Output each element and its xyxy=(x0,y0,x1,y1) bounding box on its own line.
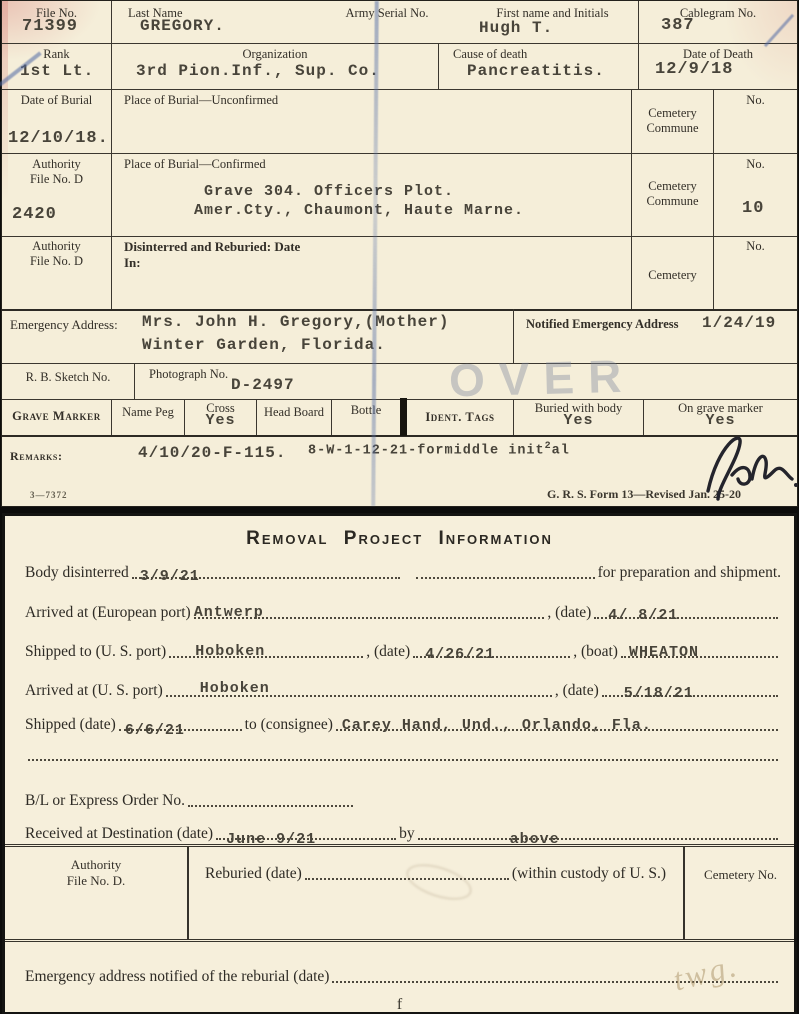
heavy-divider-bar xyxy=(400,398,407,436)
cemetery-no-2-value: 10 xyxy=(742,199,764,218)
place-unconfirmed-label: Place of Burial—Unconfirmed xyxy=(124,93,278,108)
marker-name-peg: Name Peg xyxy=(112,399,185,435)
leader-full xyxy=(28,754,778,761)
cross-value: Yes xyxy=(185,412,256,429)
emergency-address-line1: Mrs. John H. Gregory,(Mother) xyxy=(142,313,449,331)
place-confirmed-line1: Grave 304. Officers Plot. xyxy=(204,183,454,200)
field-last-name: Last Name GREGORY. Army Serial No. xyxy=(112,1,467,43)
rb-sketch-label: R. B. Sketch No. xyxy=(2,370,134,385)
notified-emergency-value: 1/24/19 xyxy=(702,314,776,332)
bottle-label: Bottle xyxy=(332,403,400,418)
body-disinterred-label: Body disinterred xyxy=(25,564,129,583)
field-cemetery-commune-2: Cemetery Commune xyxy=(632,153,714,236)
reburial-table: Authority File No. D. Reburied (date) (w… xyxy=(5,844,794,942)
line-received: Received at Destination (date) June 9/21… xyxy=(25,825,781,844)
arrived-us-date-leader: 5/18/21 xyxy=(602,690,778,697)
bl-order-leader xyxy=(188,800,353,807)
cemetery-3-label: Cemetery xyxy=(632,268,713,283)
photograph-label: Photograph No. xyxy=(149,367,228,382)
field-place-unconfirmed: Place of Burial—Unconfirmed xyxy=(112,89,632,153)
arrived-us-date-label: , (date) xyxy=(555,682,599,701)
shipped-final-date: 6/6/21 xyxy=(125,722,185,739)
arrived-eu-date-leader: 4/ 8/21 xyxy=(594,612,778,619)
last-name-value: GREGORY. xyxy=(140,17,225,35)
cemetery-no-2-label: No. xyxy=(714,157,797,172)
line-bl-order: B/L or Express Order No. xyxy=(25,792,781,811)
removal-project-form: Removal Project Information Body disinte… xyxy=(2,513,797,1014)
authority-1-value: 2420 xyxy=(12,205,57,224)
over-stamp: OVER xyxy=(448,349,636,408)
row-disinterred: Authority File No. D Disinterred and Reb… xyxy=(2,236,797,311)
grave-marker-title: Grave Marker xyxy=(2,409,111,424)
file-no-value: 71399 xyxy=(22,17,78,36)
arrived-us-label: Arrived at (U. S. port) xyxy=(25,682,163,701)
line-shipped-final: Shipped (date) 6/6/21 to (consignee) Car… xyxy=(25,716,781,735)
field-file-no: File No. 71399 xyxy=(2,1,112,43)
body-disinterred-suffix: for preparation and shipment. xyxy=(598,564,781,583)
signature-scrawl xyxy=(688,427,799,505)
cemetery-no-1-label: No. xyxy=(714,93,797,108)
marker-cross: Cross Yes xyxy=(185,399,257,435)
received-by-leader: above xyxy=(418,833,778,840)
shipped-final-consignee-label: to (consignee) xyxy=(245,716,333,735)
row-burial-confirmed: Authority File No. D 2420 Place of Buria… xyxy=(2,153,797,237)
shipped-us-date: 4/26/21 xyxy=(425,646,495,663)
arrived-us-port: Hoboken xyxy=(200,680,270,697)
photograph-value: D-2497 xyxy=(231,376,295,394)
remarks-value-1: 4/10/20-F-115. xyxy=(138,444,286,462)
bl-order-label: B/L or Express Order No. xyxy=(25,792,185,811)
field-place-confirmed: Place of Burial—Confirmed Grave 304. Off… xyxy=(112,153,632,236)
line-arrived-us: Arrived at (U. S. port) Hoboken , (date)… xyxy=(25,682,781,701)
marker-title-cell: Grave Marker xyxy=(2,399,112,435)
shipped-us-port: Hoboken xyxy=(195,643,265,660)
ident-tags-label: Ident. Tags xyxy=(407,410,513,425)
emergency-notified-label: Emergency address notified of the reburi… xyxy=(25,968,329,987)
reburied-label: Reburied (date) xyxy=(205,865,302,884)
shipped-us-port-leader: Hoboken xyxy=(169,651,363,658)
line-arrived-eu: Arrived at (European port) Antwerp , (da… xyxy=(25,604,781,623)
field-organization: Organization 3rd Pion.Inf., Sup. Co. xyxy=(112,43,439,89)
received-by-label: by xyxy=(399,825,415,844)
line-emergency-notified: Emergency address notified of the reburi… xyxy=(25,968,781,987)
date-of-burial-label: Date of Burial xyxy=(2,93,111,108)
emergency-address-line2: Winter Garden, Florida. xyxy=(142,336,386,354)
form-number-left: 3—7372 xyxy=(30,490,68,500)
field-emergency-address: Emergency Address: Mrs. John H. Gregory,… xyxy=(2,309,514,363)
authority-file-label: Authority File No. D. xyxy=(5,857,187,888)
field-first-name: First name and Initials Hugh T. xyxy=(467,1,639,43)
date-of-burial-value: 12/10/18. xyxy=(8,129,109,148)
remarks-value-2: 8-W-1-12-21-formiddle init2al xyxy=(308,441,570,459)
shipped-final-date-leader: 6/6/21 xyxy=(119,724,242,731)
bottom-mark: f xyxy=(5,996,794,1014)
shipped-us-boat: WHEATON xyxy=(629,644,699,661)
body-disinterred-leader: 3/9/21 xyxy=(132,572,400,579)
place-confirmed-label: Place of Burial—Confirmed xyxy=(124,157,266,172)
arrived-eu-label: Arrived at (European port) xyxy=(25,604,191,623)
row-photograph: R. B. Sketch No. Photograph No. D-2497 xyxy=(2,363,797,400)
arrived-eu-port-leader: Antwerp xyxy=(194,612,545,619)
shipped-us-boat-leader: WHEATON xyxy=(621,651,778,658)
authority-1-label: Authority File No. D xyxy=(2,157,111,187)
rank-value: 1st Lt. xyxy=(20,62,94,80)
leader xyxy=(416,572,595,579)
row-rank-org: Rank 1st Lt. Organization 3rd Pion.Inf.,… xyxy=(2,43,797,90)
row-grave-marker: Grave Marker Name Peg Cross Yes Head Boa… xyxy=(2,399,797,437)
body-disinterred-value: 3/9/21 xyxy=(140,568,200,585)
table-divider-right xyxy=(683,847,685,939)
arrived-eu-port: Antwerp xyxy=(194,604,264,621)
row-emergency-address: Emergency Address: Mrs. John H. Gregory,… xyxy=(2,309,797,364)
marker-head-board: Head Board xyxy=(257,399,332,435)
arrived-us-date: 5/18/21 xyxy=(624,685,694,702)
buried-with-body-value: Yes xyxy=(514,412,643,429)
date-of-death-value: 12/9/18 xyxy=(655,60,733,79)
rank-label: Rank xyxy=(2,47,111,62)
cause-of-death-label: Cause of death xyxy=(453,47,527,62)
received-date-leader: June 9/21 xyxy=(216,833,396,840)
cemetery-commune-1-label: Cemetery Commune xyxy=(632,106,713,136)
cablegram-value: 387 xyxy=(661,16,695,35)
place-confirmed-line2: Amer.Cty., Chaumont, Haute Marne. xyxy=(194,202,524,219)
field-date-of-death: Date of Death 12/9/18 xyxy=(639,43,797,89)
shipped-us-date-label: , (date) xyxy=(366,643,410,662)
marker-bottle: Bottle xyxy=(332,399,400,435)
form2-title: Removal Project Information xyxy=(5,528,794,550)
field-rb-sketch: R. B. Sketch No. xyxy=(2,363,135,399)
shipped-us-boat-label: , (boat) xyxy=(573,643,618,662)
field-authority-2: Authority File No. D xyxy=(2,236,112,309)
field-date-of-burial: Date of Burial 12/10/18. xyxy=(2,89,112,153)
cemetery-no-label: Cemetery No. xyxy=(689,867,792,883)
head-board-label: Head Board xyxy=(257,405,331,420)
shipped-us-label: Shipped to (U. S. port) xyxy=(25,643,166,662)
emergency-address-label: Emergency Address: xyxy=(10,317,118,333)
field-cemetery-commune-1: Cemetery Commune xyxy=(632,89,714,153)
pencil-annotation: twg. xyxy=(670,947,743,999)
custody-label: (within custody of U. S.) xyxy=(512,865,666,884)
authority-2-label: Authority File No. D xyxy=(2,239,111,269)
notified-emergency-label: Notified Emergency Address xyxy=(526,317,679,332)
shipped-final-consignee: Carey Hand, Und., Orlando, Fla. xyxy=(342,717,652,734)
received-label: Received at Destination (date) xyxy=(25,825,213,844)
field-authority-1: Authority File No. D 2420 xyxy=(2,153,112,236)
field-cemetery-3: Cemetery xyxy=(632,236,714,309)
shipped-us-date-leader: 4/26/21 xyxy=(413,651,570,658)
first-name-value: Hugh T. xyxy=(479,19,553,37)
cemetery-commune-2-label: Cemetery Commune xyxy=(632,179,713,209)
row-burial-unconfirmed: Date of Burial 12/10/18. Place of Burial… xyxy=(2,89,797,154)
remarks-superscript: 2 xyxy=(545,441,552,452)
table-divider-left xyxy=(187,847,189,939)
organization-value: 3rd Pion.Inf., Sup. Co. xyxy=(136,62,380,80)
line-continuation xyxy=(25,754,781,765)
field-cemetery-no-1: No. xyxy=(714,89,797,153)
arrived-eu-date: 4/ 8/21 xyxy=(608,607,678,624)
arrived-eu-date-label: , (date) xyxy=(547,604,591,623)
arrived-us-port-leader: Hoboken xyxy=(166,690,552,697)
line-shipped-us: Shipped to (U. S. port) Hoboken , (date)… xyxy=(25,643,781,662)
name-peg-label: Name Peg xyxy=(112,405,184,420)
line-body-disinterred: Body disinterred 3/9/21 for preparation … xyxy=(25,564,781,583)
field-cemetery-no-3: No. xyxy=(714,236,797,309)
disinterred-label: Disinterred and Reburied: Date In: xyxy=(124,239,300,270)
shipped-final-label: Shipped (date) xyxy=(25,716,116,735)
army-serial-label: Army Serial No. xyxy=(302,6,472,21)
shipped-final-consignee-leader: Carey Hand, Und., Orlando, Fla. xyxy=(336,724,778,731)
organization-label: Organization xyxy=(112,47,438,62)
field-cause-of-death: Cause of death Pancreatitis. xyxy=(439,43,639,89)
field-cemetery-no-2: No. 10 xyxy=(714,153,797,236)
remarks-label: Remarks: xyxy=(10,449,63,463)
cemetery-no-3-label: No. xyxy=(714,239,797,254)
row-identity: File No. 71399 Last Name GREGORY. Army S… xyxy=(2,1,797,44)
row-remarks: Remarks: 4/10/20-F-115. 8-W-1-12-21-form… xyxy=(2,435,797,485)
grs-form-13: File No. 71399 Last Name GREGORY. Army S… xyxy=(1,0,798,507)
cause-of-death-value: Pancreatitis. xyxy=(467,62,605,80)
